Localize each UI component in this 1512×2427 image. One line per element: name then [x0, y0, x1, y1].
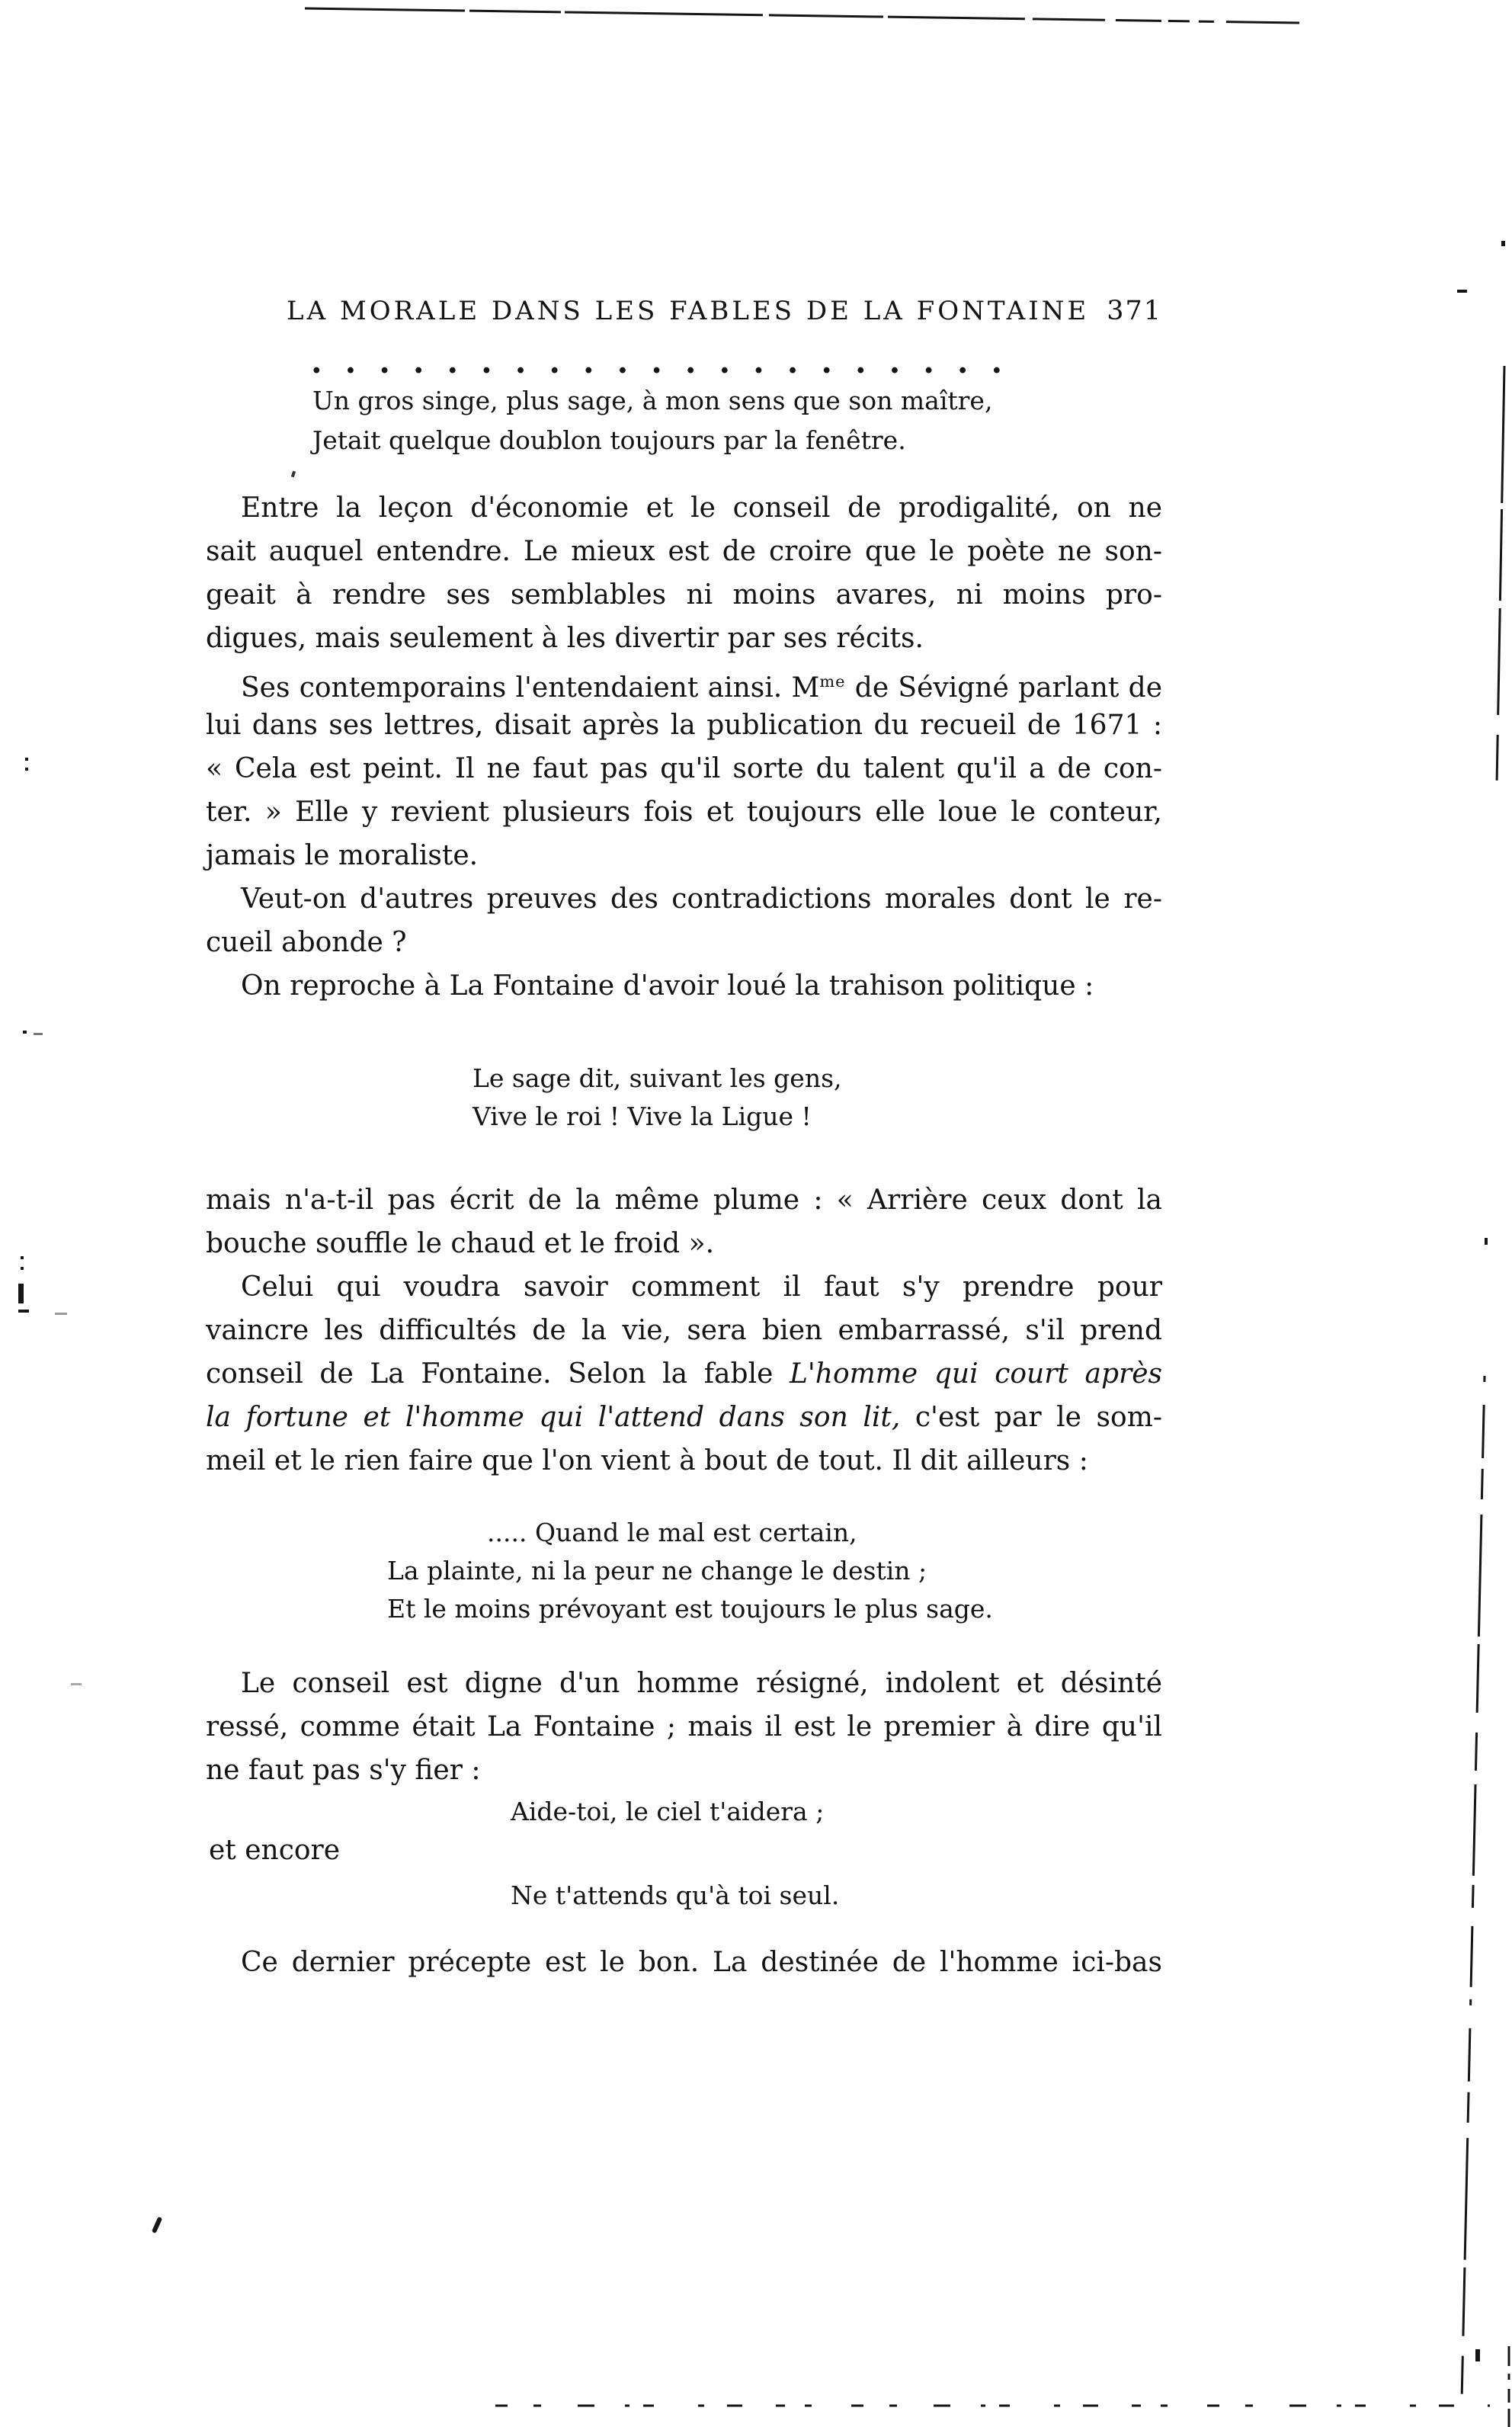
- scan-speck: [34, 1033, 43, 1035]
- scanned-book-page: LA MORALE DANS LES FABLES DE LA FONTAINE…: [0, 0, 1512, 2427]
- text-line: « Cela est peint. Il ne faut pas qu'il s…: [206, 747, 1162, 790]
- scan-speck: [55, 1313, 67, 1315]
- scan-speck: [21, 1267, 24, 1270]
- verse-line: Le sage dit, suivant les gens,: [472, 1060, 842, 1098]
- page-header: LA MORALE DANS LES FABLES DE LA FONTAINE…: [206, 296, 1162, 326]
- body-paragraphs-4: Ce dernier précepte est le bon. La desti…: [206, 1941, 1162, 1984]
- scan-backslash-mark: [152, 2217, 162, 2234]
- text-segment: de Sévigné parlant de: [846, 672, 1163, 704]
- text-line: Ce dernier précepte est le bon. La desti…: [206, 1941, 1162, 1984]
- text-line: vaincre les difficultés de la vie, sera …: [206, 1309, 1162, 1352]
- ellipsis-dots-line: .....................: [311, 343, 1025, 380]
- text-line: digues, mais seulement à les divertir pa…: [206, 617, 1162, 660]
- text-line: bouche souffle le chaud et le froid ».: [206, 1222, 1162, 1265]
- verse-quote-aide-toi: Aide-toi, le ciel t'aidera ;: [511, 1793, 824, 1831]
- running-title: LA MORALE DANS LES FABLES DE LA FONTAINE: [287, 296, 1089, 326]
- text-line: Entre la leçon d'économie et le conseil …: [206, 486, 1162, 530]
- scan-speck: [1475, 2349, 1480, 2361]
- scan-speck-bar: [18, 1284, 24, 1303]
- verse-line: La plainte, ni la peur ne change le dest…: [387, 1552, 993, 1590]
- scan-edge-lines-right: [1478, 0, 1512, 2427]
- page-number: 371: [1107, 296, 1162, 326]
- verse-quote-le-sage: Le sage dit, suivant les gens, Vive le r…: [472, 1060, 842, 1136]
- verse-line: Jetait quelque doublon toujours par la f…: [312, 421, 992, 460]
- text-line: mais n'a-t-il pas écrit de la même plume…: [206, 1178, 1162, 1222]
- connector-text: et encore: [209, 1834, 340, 1868]
- text-line: lui dans ses lettres, disait après la pu…: [206, 704, 1162, 747]
- scan-speck: [71, 1683, 82, 1685]
- verse-quote-ne-tattends: Ne t'attends qu'à toi seul.: [511, 1877, 839, 1915]
- body-paragraphs-3: Le conseil est digne d'un homme résigné,…: [206, 1662, 1162, 1792]
- text-line: ressé, comme était La Fontaine ; mais il…: [206, 1705, 1162, 1749]
- scan-speck: [25, 758, 28, 761]
- scan-speck: [25, 768, 28, 771]
- verse-line: Un gros singe, plus sage, à mon sens que…: [312, 381, 992, 421]
- body-paragraphs-2: mais n'a-t-il pas écrit de la même plume…: [206, 1178, 1162, 1483]
- text-segment: c'est par le som-: [900, 1402, 1162, 1433]
- text-line: cueil abonde ?: [206, 921, 1162, 964]
- scan-speck: [1501, 241, 1505, 246]
- verse-line: Ne t'attends qu'à toi seul.: [511, 1877, 839, 1915]
- scan-speck: [1457, 290, 1467, 293]
- text-segment: Ses contemporains l'entendaient ainsi. M: [241, 672, 819, 704]
- text-segment: conseil de La Fontaine. Selon la fable: [206, 1358, 790, 1390]
- text-line: jamais le moraliste.: [206, 834, 1162, 877]
- verse-line: Et le moins prévoyant est toujours le pl…: [387, 1590, 993, 1628]
- verse-line: Vive le roi ! Vive la Ligue !: [472, 1098, 842, 1136]
- text-line: Ses contemporains l'entendaient ainsi. M…: [206, 660, 1162, 704]
- scan-speck: [291, 471, 296, 478]
- text-line: meil et le rien faire que l'on vient à b…: [206, 1439, 1162, 1483]
- verse-quote-quand-le-mal: ..... Quand le mal est certain, La plain…: [387, 1514, 993, 1628]
- text-line: ter. » Elle y revient plusieurs fois et …: [206, 790, 1162, 834]
- text-line: Veut-on d'autres preuves des contradicti…: [206, 877, 1162, 921]
- text-line: conseil de La Fontaine. Selon la fable L…: [206, 1352, 1162, 1396]
- body-paragraphs-1: Entre la leçon d'économie et le conseil …: [206, 486, 1162, 1008]
- text-line: ne faut pas s'y fier :: [206, 1749, 1162, 1792]
- text-line: la fortune et l'homme qui l'attend dans …: [206, 1396, 1162, 1439]
- scan-speck: [21, 1256, 24, 1259]
- scan-speck: [18, 1310, 29, 1313]
- verse-line: ..... Quand le mal est certain,: [387, 1514, 993, 1552]
- text-line: sait auquel entendre. Le mieux est de cr…: [206, 530, 1162, 573]
- text-line: On reproche à La Fontaine d'avoir loué l…: [206, 964, 1162, 1008]
- verse-line: Aide-toi, le ciel t'aidera ;: [511, 1793, 824, 1831]
- text-line: Le conseil est digne d'un homme résigné,…: [206, 1662, 1162, 1705]
- fable-title-italic: la fortune et l'homme qui l'attend dans …: [206, 1402, 900, 1433]
- scan-speck: [1485, 1238, 1488, 1245]
- text-line: Celui qui voudra savoir comment il faut …: [206, 1265, 1162, 1309]
- superscript-mme: me: [819, 672, 845, 691]
- scan-edge-line-top: [0, 0, 1512, 53]
- verse-quote-singe: Un gros singe, plus sage, à mon sens que…: [312, 381, 992, 460]
- text-line: geait à rendre ses semblables ni moins a…: [206, 573, 1162, 617]
- scan-speck: [23, 1031, 27, 1034]
- fable-title-italic: L'homme qui court après: [790, 1358, 1162, 1390]
